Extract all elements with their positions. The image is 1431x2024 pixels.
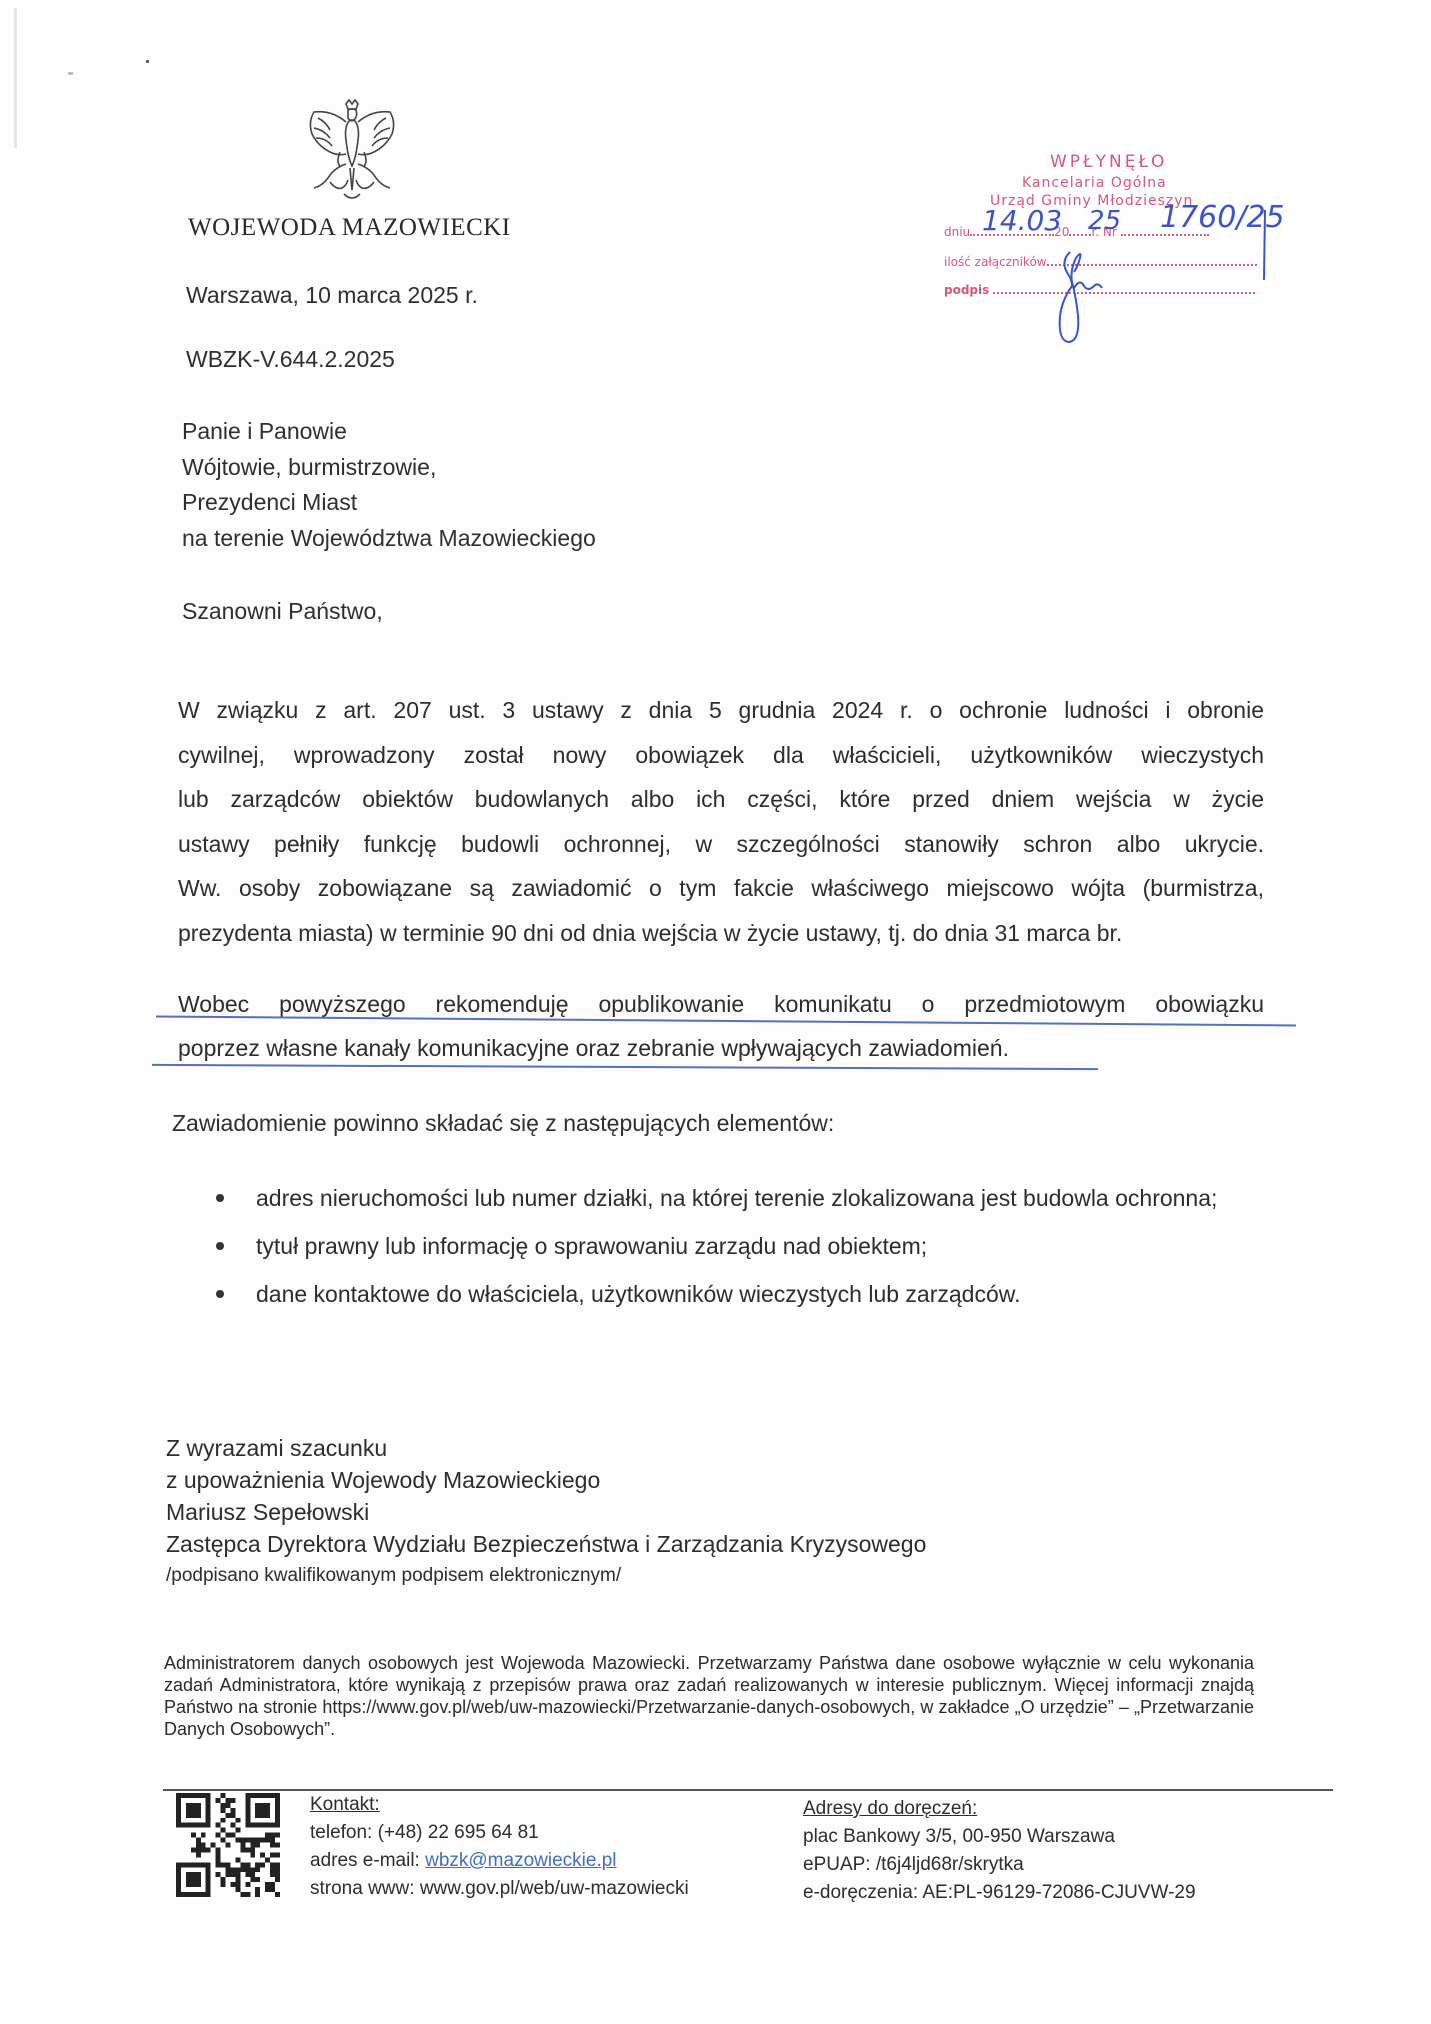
delivery-epuap: ePUAP: /t6j4ljd68r/skrytka <box>803 1851 1196 1879</box>
contact-phone: telefon: (+48) 22 695 64 81 <box>310 1819 689 1847</box>
qr-code-icon[interactable] <box>176 1793 280 1897</box>
scan-edge <box>14 8 17 148</box>
gdpr-notice: Administratorem danych osobowych jest Wo… <box>164 1652 1254 1740</box>
reference-number: WBZK-V.644.2.2025 <box>186 346 395 373</box>
closing-authorization: z upoważnienia Wojewody Mazowieckiego <box>166 1464 926 1496</box>
contact-www: strona www: www.gov.pl/web/uw-mazowiecki <box>310 1875 689 1903</box>
website-link[interactable]: www.gov.pl/web/uw-mazowiecki <box>420 1878 689 1899</box>
contact-email: adres e-mail: wbzk@mazowieckie.pl <box>310 1847 689 1875</box>
delivery-address: plac Bankowy 3/5, 00-950 Warszawa <box>803 1823 1196 1851</box>
addressee-line: Wójtowie, burmistrzowie, <box>182 454 436 481</box>
scan-speck <box>68 72 73 75</box>
contact-heading: Kontakt: <box>310 1791 689 1819</box>
delivery-addresses-block: Adresy do doręczeń: plac Bankowy 3/5, 00… <box>803 1795 1196 1907</box>
signatory-position: Zastępca Dyrektora Wydziału Bezpieczeńst… <box>166 1528 926 1560</box>
closing-regards: Z wyrazami szacunku <box>166 1432 926 1464</box>
salutation: Szanowni Państwo, <box>182 598 383 625</box>
place-and-date: Warszawa, 10 marca 2025 r. <box>186 282 478 309</box>
addressee-line: na terenie Województwa Mazowieckiego <box>182 525 596 552</box>
stamp-office: Kancelaria Ogólna <box>1022 175 1167 191</box>
closing-block: Z wyrazami szacunku z upoważnienia Wojew… <box>166 1432 926 1592</box>
received-stamp: WPŁYNĘŁO Kancelaria Ogólna Urząd Gminy M… <box>940 150 1280 330</box>
eagle-emblem-icon <box>300 98 404 206</box>
required-elements-list: adres nieruchomości lub numer działki, n… <box>210 1178 1270 1322</box>
handwritten-year: 25 <box>1088 206 1121 236</box>
organization-name: WOJEWODA MAZOWIECKI <box>188 214 511 242</box>
handwritten-stroke <box>1262 210 1268 280</box>
signatory-name: Mariusz Sepełowski <box>166 1496 926 1528</box>
list-item: tytuł prawny lub informację o sprawowani… <box>210 1226 1270 1266</box>
contact-block: Kontakt: telefon: (+48) 22 695 64 81 adr… <box>310 1791 689 1903</box>
paragraph-legal-basis: W związku z art. 207 ust. 3 ustawy z dni… <box>178 688 1264 955</box>
delivery-e-doreczenia: e-doręczenia: AE:PL-96129-72086-CJUVW-29 <box>803 1879 1196 1907</box>
email-link[interactable]: wbzk@mazowieckie.pl <box>425 1850 616 1871</box>
stamp-title: WPŁYNĘŁO <box>1050 152 1167 172</box>
handwritten-signature <box>1056 248 1126 344</box>
scan-speck <box>146 60 149 63</box>
list-item: dane kontaktowe do właściciela, użytkown… <box>210 1274 1270 1314</box>
handwritten-date: 14.03 <box>982 204 1062 237</box>
addressee-line: Prezydenci Miast <box>182 489 357 516</box>
list-item: adres nieruchomości lub numer działki, n… <box>210 1178 1266 1218</box>
signature-note: /podpisano kwalifikowanym podpisem elekt… <box>166 1560 926 1592</box>
letter-page: WOJEWODA MAZOWIECKI Warszawa, 10 marca 2… <box>0 0 1431 2024</box>
list-intro: Zawiadomienie powinno składać się z nast… <box>172 1110 834 1137</box>
paragraph-recommendation: Wobec powyższego rekomenduję opublikowan… <box>178 982 1264 1070</box>
addressee-line: Panie i Panowie <box>182 418 347 445</box>
delivery-heading: Adresy do doręczeń: <box>803 1795 1196 1823</box>
